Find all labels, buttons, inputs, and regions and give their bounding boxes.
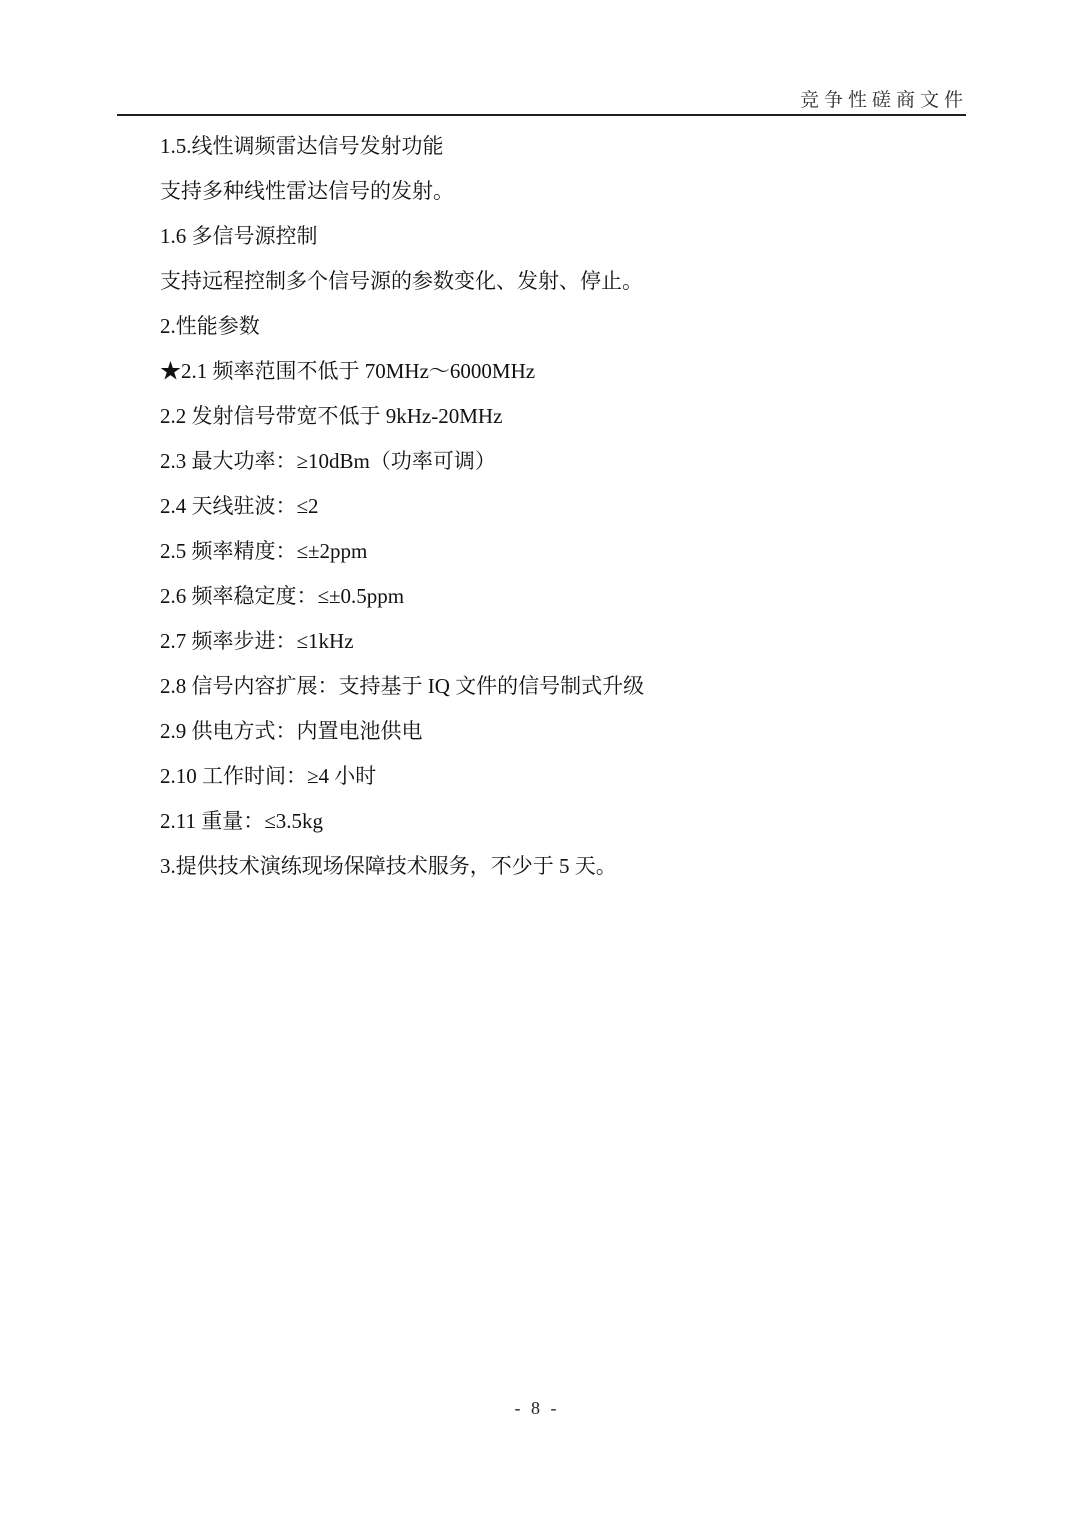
paragraph-2-4: 2.4 天线驻波：≤2 <box>160 484 974 529</box>
paragraph-2-6: 2.6 频率稳定度：≤±0.5ppm <box>160 574 974 619</box>
document-body: 1.5.线性调频雷达信号发射功能 支持多种线性雷达信号的发射。 1.6 多信号源… <box>160 124 974 889</box>
paragraph-1-6-body: 支持远程控制多个信号源的参数变化、发射、停止。 <box>160 259 974 304</box>
paragraph-2-heading: 2.性能参数 <box>160 304 974 349</box>
paragraph-2-10: 2.10 工作时间：≥4 小时 <box>160 754 974 799</box>
page-footer: - 8 - <box>0 1398 1074 1419</box>
page-header: 竞争性磋商文件 <box>800 85 968 112</box>
header-title: 竞争性磋商文件 <box>800 90 968 111</box>
paragraph-2-11: 2.11 重量：≤3.5kg <box>160 799 974 844</box>
paragraph-2-5: 2.5 频率精度：≤±2ppm <box>160 529 974 574</box>
paragraph-2-2: 2.2 发射信号带宽不低于 9kHz-20MHz <box>160 394 974 439</box>
header-divider <box>117 114 966 116</box>
paragraph-2-8: 2.8 信号内容扩展：支持基于 IQ 文件的信号制式升级 <box>160 664 974 709</box>
paragraph-2-1: ★2.1 频率范围不低于 70MHz～6000MHz <box>160 349 974 394</box>
paragraph-3: 3.提供技术演练现场保障技术服务，不少于 5 天。 <box>160 844 974 889</box>
paragraph-1-6-heading: 1.6 多信号源控制 <box>160 214 974 259</box>
paragraph-2-7: 2.7 频率步进：≤1kHz <box>160 619 974 664</box>
document-page: 竞争性磋商文件 1.5.线性调频雷达信号发射功能 支持多种线性雷达信号的发射。 … <box>0 0 1074 1520</box>
paragraph-2-9: 2.9 供电方式：内置电池供电 <box>160 709 974 754</box>
paragraph-1-5-heading: 1.5.线性调频雷达信号发射功能 <box>160 124 974 169</box>
paragraph-1-5-body: 支持多种线性雷达信号的发射。 <box>160 169 974 214</box>
paragraph-2-3: 2.3 最大功率：≥10dBm（功率可调） <box>160 439 974 484</box>
page-number: - 8 - <box>515 1398 560 1418</box>
